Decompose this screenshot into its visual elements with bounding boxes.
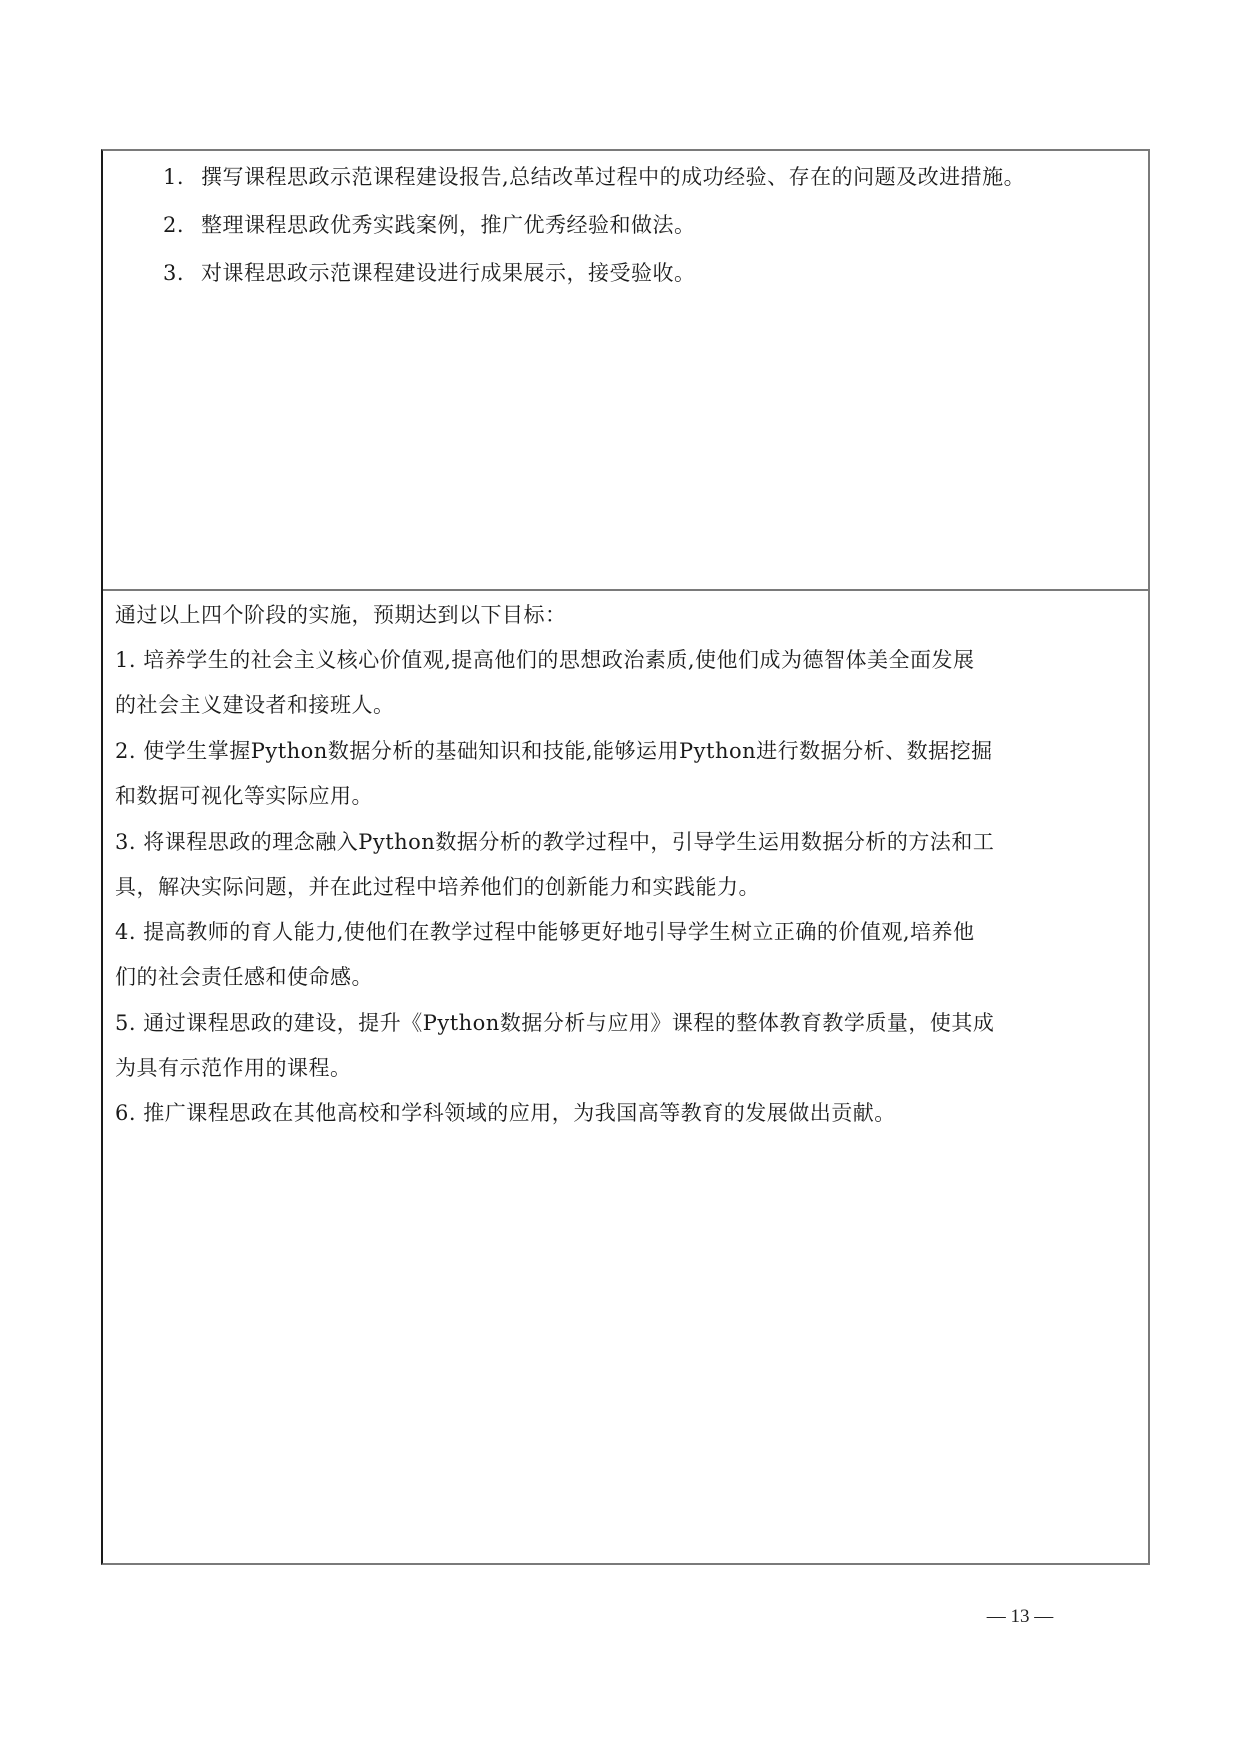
table-cell-summary-tasks: 1.撰写课程思政示范课程建设报告,总结改革过程中的成功经验、存在的问题及改进措施… <box>103 151 1148 591</box>
goal-line: 的社会主义建设者和接班人。 <box>115 691 395 719</box>
goal-line: 为具有示范作用的课程。 <box>115 1054 352 1082</box>
goal-line: 具，解决实际问题，并在此过程中培养他们的创新能力和实践能力。 <box>115 873 760 901</box>
table-cell-expected-goals: 通过以上四个阶段的实施，预期达到以下目标： 1. 培养学生的社会主义核心价值观,… <box>103 591 1148 1563</box>
goal-line: 2. 使学生掌握Python数据分析的基础知识和技能,能够运用Python进行数… <box>115 737 993 765</box>
list-item-number: 3. <box>163 259 201 287</box>
goal-line: 3. 将课程思政的理念融入Python数据分析的教学过程中，引导学生运用数据分析… <box>115 828 994 856</box>
goal-line: 6. 推广课程思政在其他高校和学科领域的应用，为我国高等教育的发展做出贡献。 <box>115 1099 896 1127</box>
document-table: 1.撰写课程思政示范课程建设报告,总结改革过程中的成功经验、存在的问题及改进措施… <box>101 149 1150 1565</box>
list-item-text: 对课程思政示范课程建设进行成果展示，接受验收。 <box>201 261 696 285</box>
goal-line: 1. 培养学生的社会主义核心价值观,提高他们的思想政治素质,使他们成为德智体美全… <box>115 646 975 674</box>
list-item-text: 撰写课程思政示范课程建设报告,总结改革过程中的成功经验、存在的问题及改进措施。 <box>201 165 1025 189</box>
goal-line: 5. 通过课程思政的建设，提升《Python数据分析与应用》课程的整体教育教学质… <box>115 1009 994 1037</box>
list-item-number: 2. <box>163 211 201 239</box>
list-item-number: 1. <box>163 163 201 191</box>
goal-line: 和数据可视化等实际应用。 <box>115 782 373 810</box>
goals-intro: 通过以上四个阶段的实施，预期达到以下目标： <box>115 601 567 629</box>
list-item: 3.对课程思政示范课程建设进行成果展示，接受验收。 <box>163 259 696 287</box>
page-number: — 13 — <box>960 1606 1080 1628</box>
list-item-text: 整理课程思政优秀实践案例，推广优秀经验和做法。 <box>201 213 696 237</box>
goal-line: 们的社会责任感和使命感。 <box>115 963 373 991</box>
goal-line: 4. 提高教师的育人能力,使他们在教学过程中能够更好地引导学生树立正确的价值观,… <box>115 918 975 946</box>
list-item: 1.撰写课程思政示范课程建设报告,总结改革过程中的成功经验、存在的问题及改进措施… <box>163 163 1025 191</box>
list-item: 2.整理课程思政优秀实践案例，推广优秀经验和做法。 <box>163 211 696 239</box>
